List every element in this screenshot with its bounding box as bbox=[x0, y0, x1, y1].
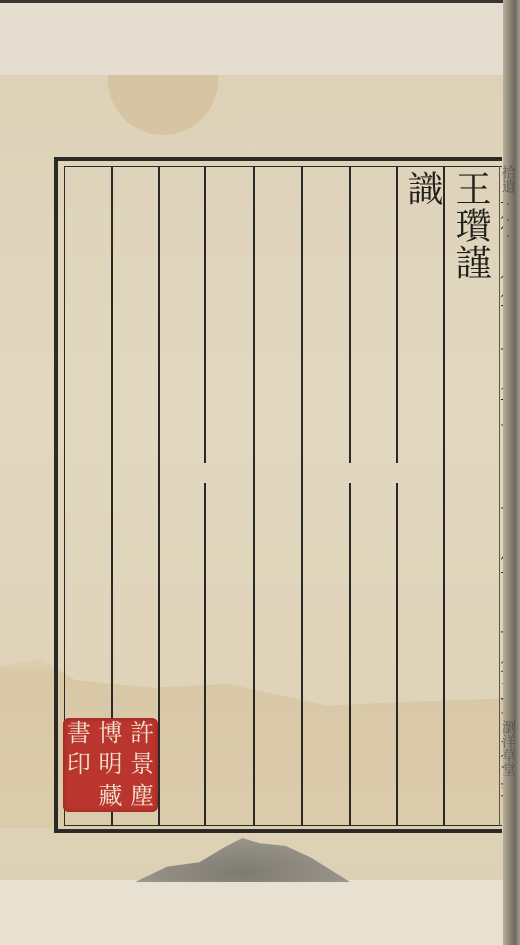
book-spine bbox=[503, 0, 520, 945]
column-divider bbox=[158, 166, 160, 826]
seal-char: 書 bbox=[63, 718, 95, 749]
seal-char: 博 bbox=[95, 718, 127, 749]
seal-char: 許 bbox=[126, 718, 158, 749]
column-divider bbox=[443, 166, 445, 826]
spine-text-upper: 拾遺... bbox=[500, 165, 516, 241]
spine-text-lower: 瀏洋草堂 bbox=[500, 720, 516, 776]
colophon-text-end: 識 bbox=[400, 170, 444, 207]
column-divider bbox=[204, 166, 206, 826]
seal-char: 塵 bbox=[126, 781, 158, 812]
column-divider bbox=[349, 166, 351, 826]
seal-char: 印 bbox=[63, 749, 95, 780]
collector-seal: 許 景 塵 博 明 藏 書 印 bbox=[63, 718, 158, 812]
column-divider bbox=[301, 166, 303, 826]
column-divider bbox=[396, 166, 398, 826]
bottom-flyleaf bbox=[0, 880, 505, 945]
top-flyleaf bbox=[0, 0, 505, 78]
seal-char: 明 bbox=[95, 749, 127, 780]
seal-char bbox=[63, 781, 95, 812]
column-divider bbox=[253, 166, 255, 826]
seal-char: 景 bbox=[126, 749, 158, 780]
seal-char: 藏 bbox=[95, 781, 127, 812]
